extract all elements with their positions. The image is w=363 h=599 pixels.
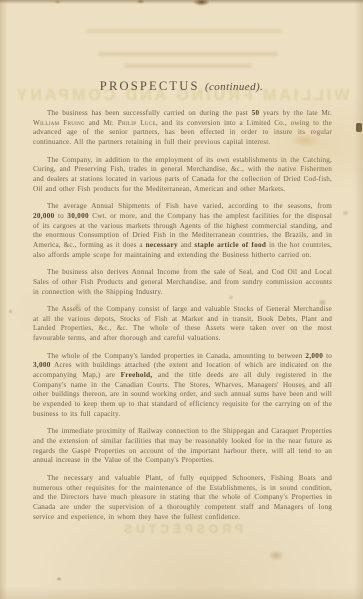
body-text: The business has been successfully carri… xyxy=(47,109,252,117)
body-text: The whole of the Company's landed proper… xyxy=(47,352,305,360)
paragraph: The Company, in addition to the employme… xyxy=(33,156,332,195)
paragraph: The business also derives Annual Income … xyxy=(33,268,332,297)
bleed-through-line xyxy=(98,52,278,56)
body-text: The business also derives Annual Income … xyxy=(33,268,332,295)
stain xyxy=(56,577,62,581)
emphasized-text: staple article of food xyxy=(194,241,266,249)
stain xyxy=(8,309,13,314)
emphasized-text: Freehold, xyxy=(121,371,153,379)
bleed-through-line xyxy=(124,64,252,68)
emphasized-text: 2,000 xyxy=(305,352,323,360)
emphasized-text: 3,000 xyxy=(33,361,51,369)
paragraph: The business has been successfully carri… xyxy=(33,109,332,148)
page-title-main: PROSPECTUS xyxy=(100,79,200,93)
stain xyxy=(342,210,349,216)
emphasized-text: 20,000 xyxy=(33,212,55,220)
page-title-suffix: (continued). xyxy=(205,81,263,93)
document-body: The business has been successfully carri… xyxy=(33,109,332,530)
stain xyxy=(136,0,145,4)
body-text: years by the late Mr. xyxy=(259,109,332,117)
body-text: The Company, in addition to the employme… xyxy=(33,156,332,193)
body-text: to xyxy=(55,212,68,220)
paragraph: The immediate proximity of Railway conne… xyxy=(33,427,332,466)
body-text: The Assets of the Company consist of lar… xyxy=(33,305,332,342)
stain xyxy=(54,0,61,4)
paragraph: The average Annual Shipments of Fish hav… xyxy=(33,202,332,260)
bleed-through-line xyxy=(86,29,282,33)
smallcaps-name: Philip Luce xyxy=(118,119,156,127)
body-text: The necessary and valuable Plant, of ful… xyxy=(33,474,332,521)
body-text: The immediate proximity of Railway conne… xyxy=(33,427,332,464)
emphasized-text: 30,000 xyxy=(67,212,89,220)
emphasized-text: necessary xyxy=(146,241,178,249)
stain xyxy=(268,550,284,561)
body-text: and Mr. xyxy=(85,119,118,127)
page-title: PROSPECTUS (continued). xyxy=(0,79,363,94)
document-page: WILLIAM FRUING AND COMPANY PROSPECTUS PR… xyxy=(0,0,363,599)
stain xyxy=(356,123,362,132)
stain xyxy=(193,0,210,6)
body-text: to xyxy=(323,352,332,360)
paragraph: The Assets of the Company consist of lar… xyxy=(33,305,332,344)
paragraph: The whole of the Company's landed proper… xyxy=(33,352,332,420)
body-text: and xyxy=(178,241,195,249)
body-text: The average Annual Shipments of Fish hav… xyxy=(47,202,332,210)
smallcaps-name: William Fruing xyxy=(33,119,85,127)
paragraph: The necessary and valuable Plant, of ful… xyxy=(33,474,332,522)
